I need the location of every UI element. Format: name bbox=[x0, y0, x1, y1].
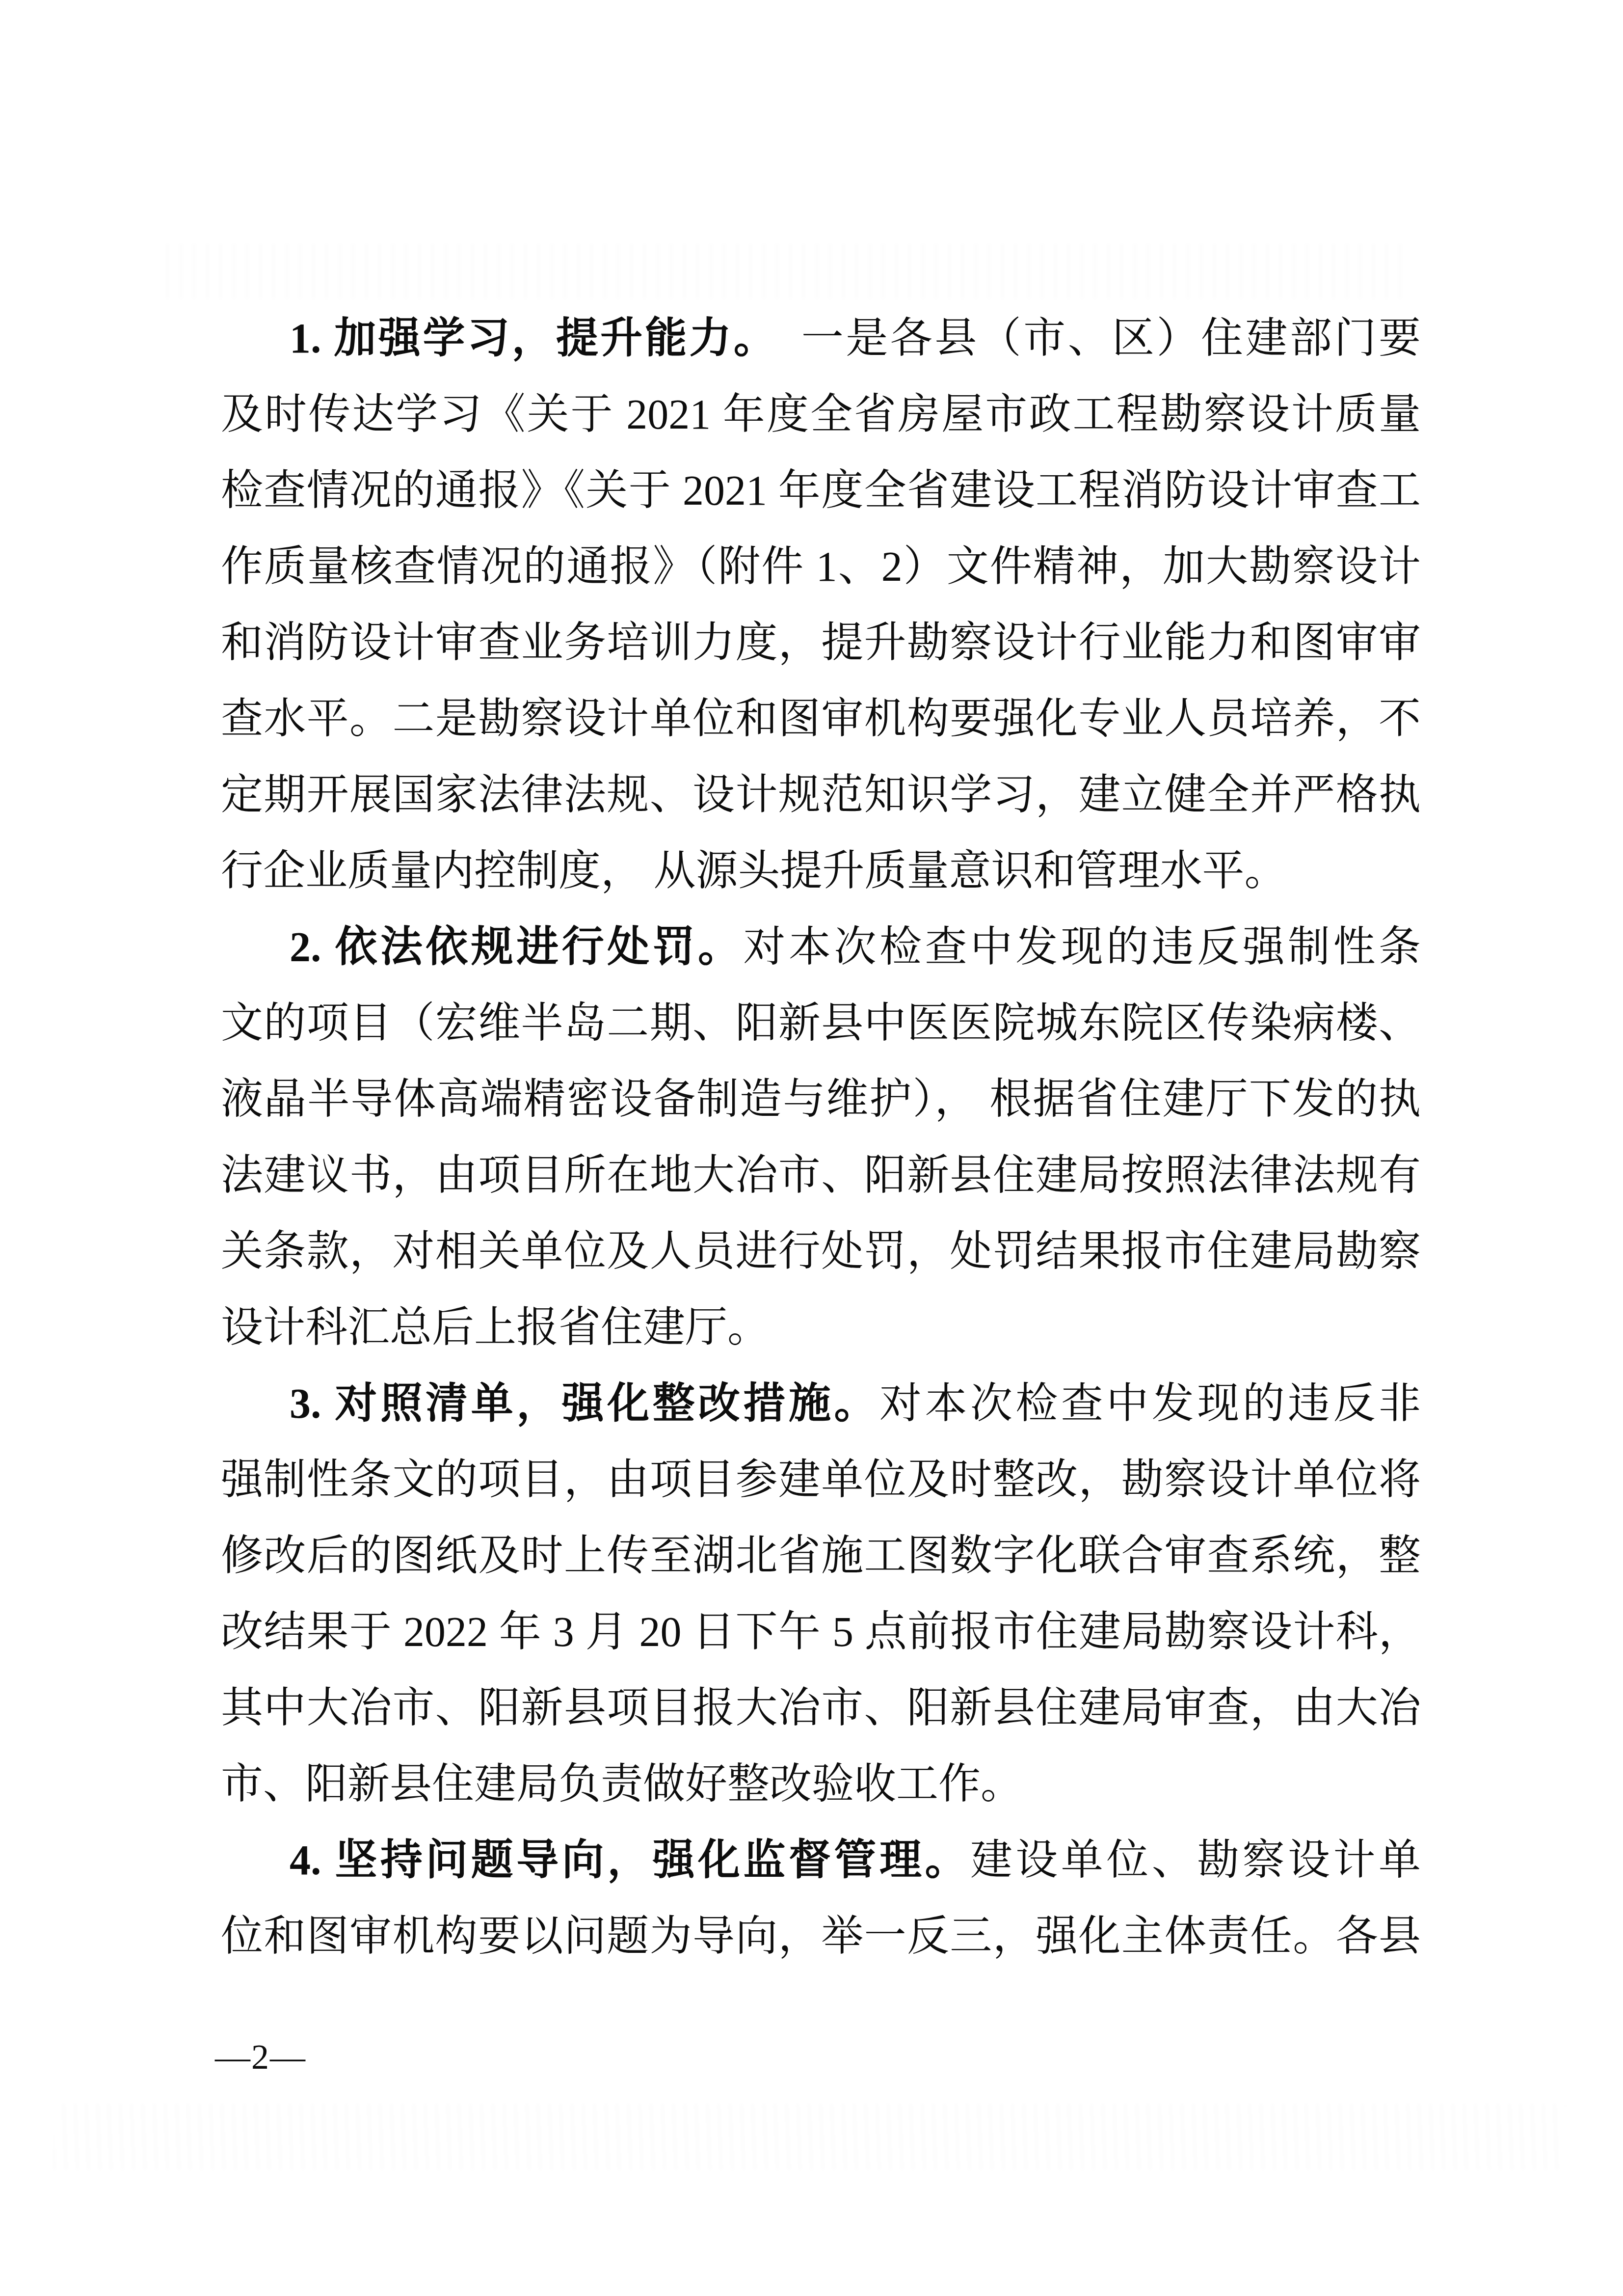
text-line: 4. 坚持问题导向，强化监督管理。建设单位、勘察设计单 bbox=[221, 1822, 1421, 1898]
text-line: 和消防设计审查业务培训力度，提升勘察设计行业能力和图审审 bbox=[221, 605, 1421, 681]
line-text: 和消防设计审查业务培训力度，提升勘察设计行业能力和图审审 bbox=[221, 619, 1421, 666]
text-line: 修改后的图纸及时上传至湖北省施工图数字化联合审查系统，整 bbox=[221, 1518, 1421, 1594]
text-line: 法建议书，由项目所在地大冶市、阳新县住建局按照法律法规有 bbox=[221, 1137, 1421, 1214]
text-line: 位和图审机构要以问题为导向，举一反三，强化主体责任。各县 bbox=[221, 1898, 1421, 1974]
line-text: 强制性条文的项目，由项目参建单位及时整改，勘察设计单位将 bbox=[221, 1456, 1421, 1503]
line-text: 改结果于 2022 年 3 月 20 日下午 5 点前报市住建局勘察设计科， bbox=[221, 1608, 1421, 1655]
paragraph-3-heading: 3. 对照清单，强化整改措施。 bbox=[290, 1380, 879, 1427]
line-text: 对本次检查中发现的违反非 bbox=[879, 1380, 1421, 1427]
line-text: 法建议书，由项目所在地大冶市、阳新县住建局按照法律法规有 bbox=[221, 1152, 1421, 1199]
text-line: 关条款，对相关单位及人员进行处罚，处罚结果报市住建局勘察 bbox=[221, 1214, 1421, 1290]
text-line: 检查情况的通报》《关于 2021 年度全省建设工程消防设计审查工 bbox=[221, 453, 1421, 529]
line-text: 对本次检查中发现的违反强制性条 bbox=[744, 923, 1421, 971]
text-line: 定期开展国家法律法规、设计规范知识学习，建立健全并严格执 bbox=[221, 757, 1421, 833]
line-text: 设计科汇总后上报省住建厅。 bbox=[221, 1304, 770, 1351]
text-line: 文的项目（宏维半岛二期、阳新县中医医院城东院区传染病楼、 bbox=[221, 985, 1421, 1061]
text-line: 1. 加强学习，提升能力。 一是各县（市、区）住建部门要 bbox=[221, 300, 1421, 377]
text-line: 行企业质量内控制度， 从源头提升质量意识和管理水平。 bbox=[221, 833, 1421, 909]
line-text: 检查情况的通报》《关于 2021 年度全省建设工程消防设计审查工 bbox=[221, 467, 1421, 514]
text-line: 市、阳新县住建局负责做好整改验收工作。 bbox=[221, 1746, 1421, 1822]
paragraph-4-heading: 4. 坚持问题导向，强化监督管理。 bbox=[290, 1837, 970, 1884]
paragraph-2-heading: 2. 依法依规进行处罚。 bbox=[290, 923, 744, 971]
line-text: 其中大冶市、阳新县项目报大冶市、阳新县住建局审查，由大冶 bbox=[221, 1684, 1421, 1731]
line-text: 作质量核查情况的通报》（附件 1、2）文件精神，加大勘察设计 bbox=[221, 543, 1421, 590]
text-line: 其中大冶市、阳新县项目报大冶市、阳新县住建局审查，由大冶 bbox=[221, 1670, 1421, 1746]
document-body: 1. 加强学习，提升能力。 一是各县（市、区）住建部门要 及时传达学习《关于 2… bbox=[221, 300, 1421, 1974]
text-line: 设计科汇总后上报省住建厅。 bbox=[221, 1290, 1421, 1366]
paragraph-1-heading: 1. 加强学习，提升能力。 bbox=[290, 315, 757, 362]
line-text: 及时传达学习《关于 2021 年度全省房屋市政工程勘察设计质量 bbox=[221, 391, 1421, 438]
scan-artifact-bottom bbox=[54, 2104, 1566, 2170]
text-line: 及时传达学习《关于 2021 年度全省房屋市政工程勘察设计质量 bbox=[221, 377, 1421, 453]
text-line: 液晶半导体高端精密设备制造与维护）， 根据省住建厅下发的执 bbox=[221, 1061, 1421, 1137]
line-text: 市、阳新县住建局负责做好整改验收工作。 bbox=[221, 1760, 1023, 1808]
line-text: 查水平。二是勘察设计单位和图审机构要强化专业人员培养，不 bbox=[221, 695, 1421, 742]
line-text: 建设单位、勘察设计单 bbox=[970, 1837, 1421, 1884]
scan-artifact-top bbox=[167, 243, 1404, 299]
text-line: 2. 依法依规进行处罚。对本次检查中发现的违反强制性条 bbox=[221, 909, 1421, 985]
line-text: 文的项目（宏维半岛二期、阳新县中医医院城东院区传染病楼、 bbox=[221, 999, 1421, 1047]
line-text: 行企业质量内控制度， 从源头提升质量意识和管理水平。 bbox=[221, 847, 1287, 894]
line-text: 一是各县（市、区）住建部门要 bbox=[757, 315, 1421, 362]
scanned-document-page: { "page": { "background": "#ffffff", "te… bbox=[0, 0, 1623, 2296]
line-text: 定期开展国家法律法规、设计规范知识学习，建立健全并严格执 bbox=[221, 771, 1421, 818]
line-text: 位和图审机构要以问题为导向，举一反三，强化主体责任。各县 bbox=[221, 1913, 1421, 1960]
text-line: 3. 对照清单，强化整改措施。对本次检查中发现的违反非 bbox=[221, 1366, 1421, 1442]
line-text: 关条款，对相关单位及人员进行处罚，处罚结果报市住建局勘察 bbox=[221, 1228, 1421, 1275]
text-line: 作质量核查情况的通报》（附件 1、2）文件精神，加大勘察设计 bbox=[221, 529, 1421, 605]
line-text: 液晶半导体高端精密设备制造与维护）， 根据省住建厅下发的执 bbox=[221, 1076, 1421, 1123]
text-line: 改结果于 2022 年 3 月 20 日下午 5 点前报市住建局勘察设计科， bbox=[221, 1594, 1421, 1670]
text-line: 查水平。二是勘察设计单位和图审机构要强化专业人员培养，不 bbox=[221, 681, 1421, 757]
text-line: 强制性条文的项目，由项目参建单位及时整改，勘察设计单位将 bbox=[221, 1442, 1421, 1518]
page-number: —2— bbox=[215, 2035, 306, 2079]
line-text: 修改后的图纸及时上传至湖北省施工图数字化联合审查系统，整 bbox=[221, 1532, 1421, 1579]
